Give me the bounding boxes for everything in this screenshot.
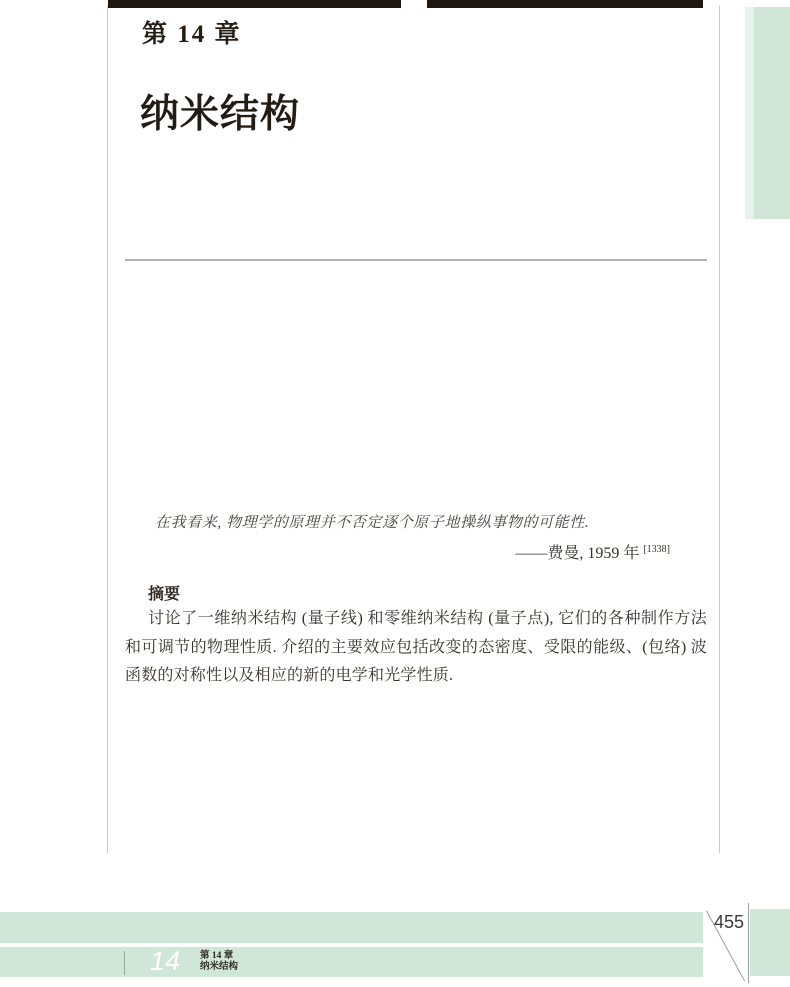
page-edge-right xyxy=(719,6,720,853)
footer-chapter-label: 第 14 章 xyxy=(200,951,238,962)
epigraph-quote: 在我看来, 物理学的原理并不否定逐个原子地操纵事物的可能性. xyxy=(155,511,635,532)
footer-band-upper xyxy=(0,912,703,943)
attribution-text: ——费曼, 1959 年 xyxy=(515,545,643,562)
chapter-tab-accent xyxy=(754,7,790,219)
book-page: 第 14 章 纳米结构 在我看来, 物理学的原理并不否定逐个原子地操纵事物的可能… xyxy=(0,0,790,987)
chapter-title: 纳米结构 xyxy=(140,83,300,139)
corner-vertical-line xyxy=(748,903,749,983)
page-edge-left xyxy=(107,6,108,853)
chapter-tab-accent-light xyxy=(745,7,754,219)
footer-band-lower xyxy=(0,947,703,977)
epigraph-attribution: ——费曼, 1959 年 [1338] xyxy=(300,540,670,563)
citation-reference: [1338] xyxy=(643,544,670,555)
header-rule-right xyxy=(427,0,703,8)
footer-chapter-info: 第 14 章 纳米结构 xyxy=(200,951,238,972)
section-divider xyxy=(125,259,707,261)
footer-corner-accent xyxy=(750,909,790,976)
footer-chapter-number: 14 xyxy=(150,946,180,977)
abstract-heading: 摘要 xyxy=(148,581,180,604)
footer-separator xyxy=(124,951,125,975)
header-rule-left xyxy=(108,0,401,8)
chapter-label: 第 14 章 xyxy=(142,14,242,50)
page-number: 455 xyxy=(714,912,744,933)
abstract-text: 讨论了一维纳米结构 (量子线) 和零维纳米结构 (量子点), 它们的各种制作方法… xyxy=(125,605,707,691)
footer-chapter-title: 纳米结构 xyxy=(200,962,238,973)
